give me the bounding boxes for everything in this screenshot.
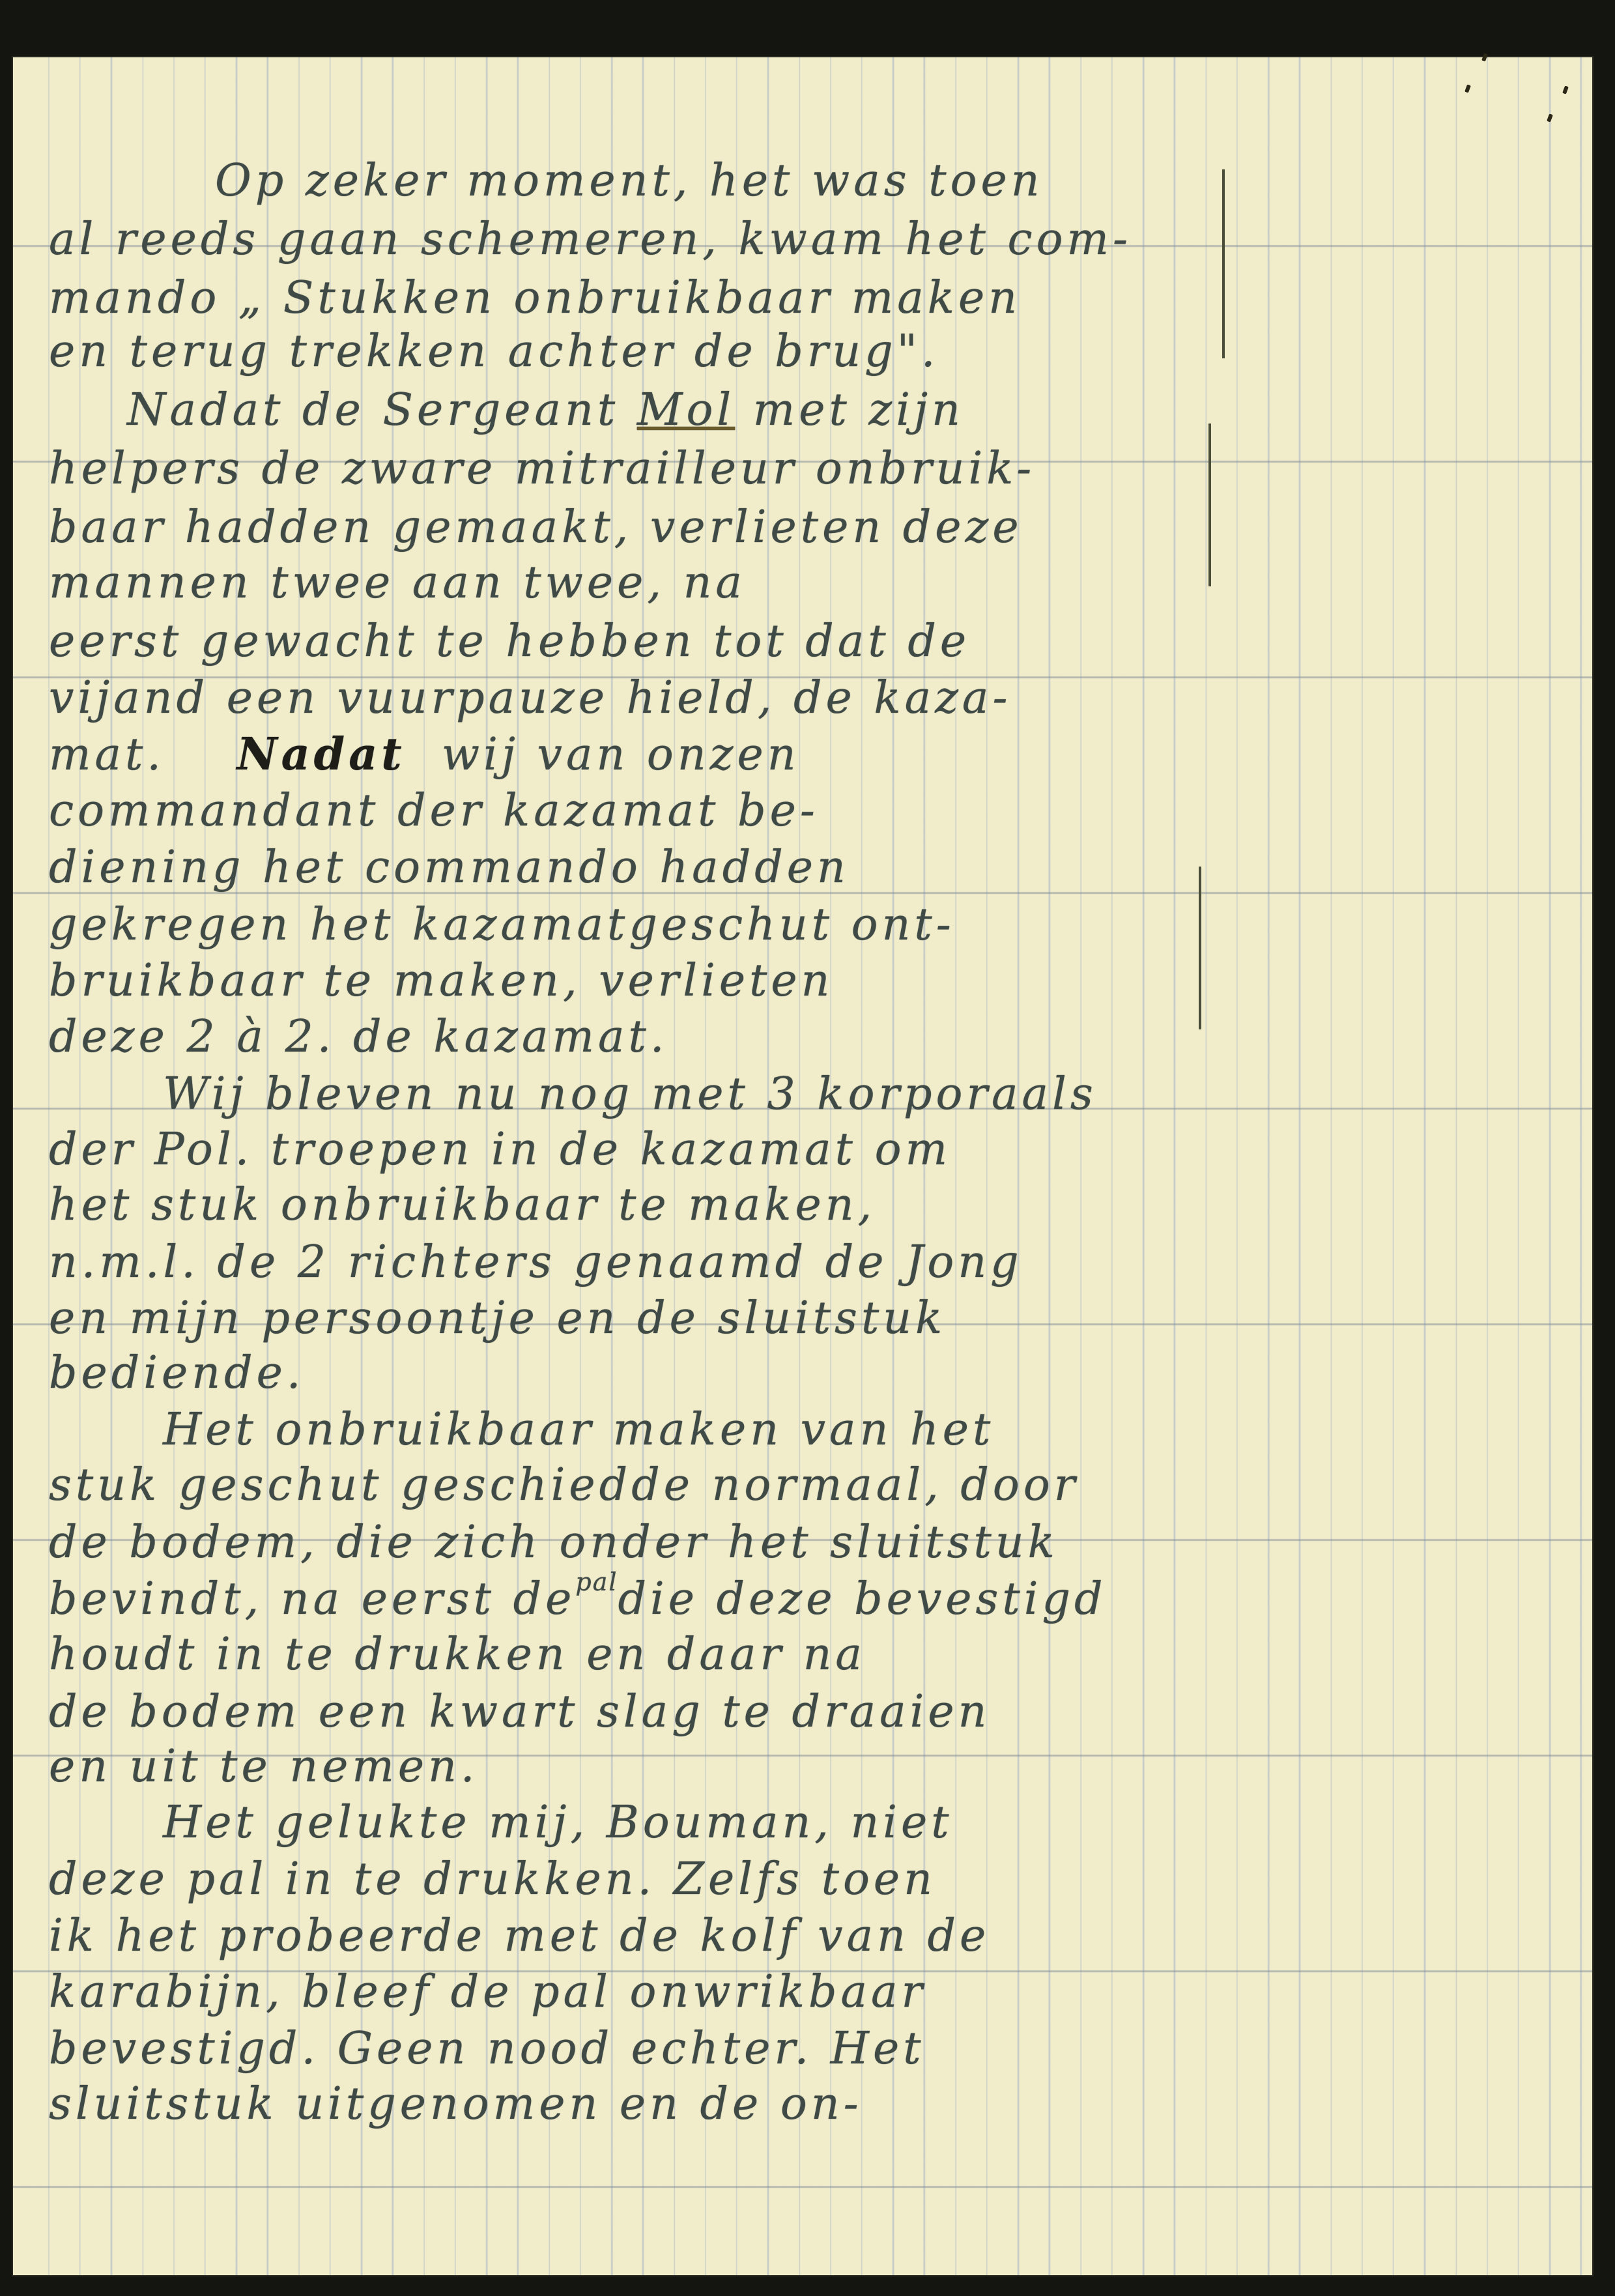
text-line: mat. Nadat wij van onzen	[49, 728, 1615, 781]
text-line: commandant der kazamat be-	[49, 785, 1615, 837]
spacer	[406, 729, 442, 781]
text-line: stuk geschut geschiedde normaal, door	[49, 1459, 1615, 1512]
text-line: mando „ Stukken onbruikbaar maken	[49, 272, 1615, 324]
emphasized-word: Nadat	[236, 728, 405, 781]
text-line: Wij bleven nu nog met 3 korporaals	[163, 1069, 1615, 1121]
text-line: diening het commando hadden	[49, 842, 1615, 894]
text-fragment: bevindt, na eerst de	[49, 1573, 575, 1625]
insertion-above-line: pal	[575, 1568, 618, 1596]
text-line: der Pol. troepen in de kazamat om	[49, 1124, 1615, 1176]
text-line: baar hadden gemaakt, verlieten deze	[49, 502, 1615, 554]
text-line: deze pal in te drukken. Zelfs toen	[49, 1854, 1615, 1906]
text-line: eerst gewacht te hebben tot dat de	[49, 616, 1615, 668]
text-line: bediende.	[49, 1347, 1615, 1399]
text-line: n.m.l. de 2 richters genaamd de Jong	[49, 1237, 1615, 1289]
spacer	[165, 729, 236, 781]
text-line: ik het probeerde met de kolf van de	[49, 1910, 1615, 1962]
text-fragment: Nadat de Sergeant	[127, 384, 637, 436]
text-line: de bodem een kwart slag te draaien	[49, 1686, 1615, 1738]
text-line: en uit te nemen.	[49, 1741, 1615, 1793]
text-fragment: met zijn	[735, 384, 964, 436]
text-line: houdt in te drukken en daar na	[49, 1629, 1615, 1681]
text-line: bevindt, na eerst depaldie deze bevestig…	[49, 1573, 1615, 1626]
underlined-name: Mol	[637, 384, 735, 436]
text-line: bruikbaar te maken, verlieten	[49, 955, 1615, 1007]
text-line: Nadat de Sergeant Mol met zijn	[127, 384, 1615, 437]
text-line: gekregen het kazamatgeschut ont-	[49, 899, 1615, 951]
text-line: de bodem, die zich onder het sluitstuk	[49, 1517, 1615, 1569]
text-line: deze 2 à 2. de kazamat.	[49, 1011, 1615, 1063]
text-line: Het onbruikbaar maken van het	[163, 1404, 1615, 1456]
text-fragment: wij van onzen	[442, 729, 800, 781]
text-line: en mijn persoontje en de sluitstuk	[49, 1293, 1615, 1345]
text-line: sluitstuk uitgenomen en de on-	[49, 2078, 1615, 2131]
text-line: en terug trekken achter de brug".	[49, 326, 1615, 378]
text-line: al reeds gaan schemeren, kwam het com-	[49, 214, 1615, 266]
text-line: het stuk onbruikbaar te maken,	[49, 1179, 1615, 1231]
text-line: bevestigd. Geen nood echter. Het	[49, 2023, 1615, 2075]
text-line: Het gelukte mij, Bouman, niet	[163, 1797, 1615, 1849]
text-line: mannen twee aan twee, na	[49, 557, 1615, 609]
text-line: Op zeker moment, het was toen	[215, 155, 1615, 207]
text-fragment: mat.	[49, 729, 165, 781]
text-line: helpers de zware mitrailleur onbruik-	[49, 443, 1615, 495]
text-line: vijand een vuurpauze hield, de kaza-	[49, 672, 1615, 725]
text-fragment: die deze bevestigd	[618, 1573, 1107, 1625]
text-line: karabijn, bleef de pal onwrikbaar	[49, 1966, 1615, 2018]
